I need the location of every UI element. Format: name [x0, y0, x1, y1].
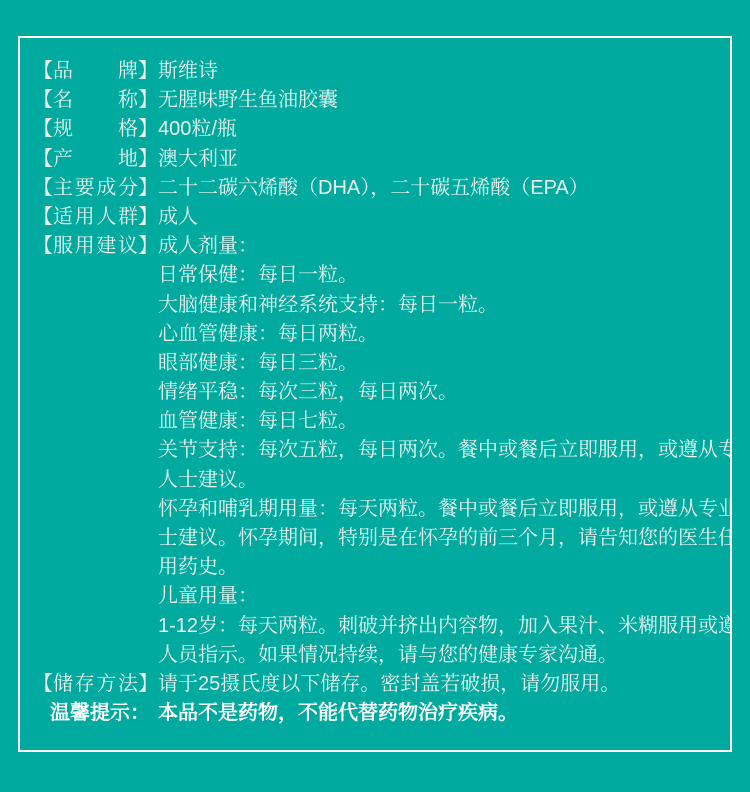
label-close-bracket: 】 — [138, 203, 158, 232]
field-value: 无腥味野生鱼油胶囊 — [158, 86, 338, 115]
info-row: 情绪平稳：每次三粒，每日两次。 — [20, 378, 730, 407]
product-info-panel: 【品牌】斯维诗【名称】无腥味野生鱼油胶囊【规格】400粒/瓶【产地】澳大利亚【主… — [0, 0, 750, 792]
label-spacer — [33, 407, 158, 436]
label-char: 分 — [118, 174, 138, 203]
label-close-bracket: 】 — [138, 670, 158, 699]
field-value: 二十二碳六烯酸（DHA），二十碳五烯酸（EPA） — [158, 174, 589, 203]
label-spacer — [33, 261, 158, 290]
info-row: 【名称】无腥味野生鱼油胶囊 — [20, 86, 730, 115]
label-close-bracket: 】 — [138, 57, 158, 86]
label-spacer — [33, 320, 158, 349]
label-chars: 产地 — [53, 145, 138, 174]
label-spacer — [33, 582, 158, 611]
label-char: 议 — [118, 232, 138, 261]
info-row: 【规格】400粒/瓶 — [20, 115, 730, 144]
field-label: 【规格】 — [33, 115, 158, 144]
info-row: 1-12岁：每天两粒。刺破并挤出内容物，加入果汁、米糊服用或遵专业 — [20, 612, 730, 641]
label-spacer — [33, 612, 158, 641]
label-char: 称 — [118, 86, 138, 115]
field-label: 【服用建议】 — [33, 232, 158, 261]
label-open-bracket: 【 — [33, 670, 53, 699]
info-row: 【品牌】斯维诗 — [20, 57, 730, 86]
label-chars: 规格 — [53, 115, 138, 144]
info-row: 【服用建议】成人剂量： — [20, 232, 730, 261]
field-value: 大脑健康和神经系统支持：每日一粒。 — [158, 291, 498, 320]
label-open-bracket: 【 — [33, 232, 53, 261]
label-close-bracket: 】 — [138, 232, 158, 261]
label-char: 名 — [53, 86, 73, 115]
label-chars: 主要成分 — [53, 174, 138, 203]
label-chars: 品牌 — [53, 57, 138, 86]
field-label: 【品牌】 — [33, 57, 158, 86]
label-chars: 服用建议 — [53, 232, 138, 261]
info-row: 日常保健：每日一粒。 — [20, 261, 730, 290]
info-row: 温馨提示：本品不是药物，不能代替药物治疗疾病。 — [20, 699, 730, 728]
label-open-bracket: 【 — [33, 115, 53, 144]
label-char: 法 — [118, 670, 138, 699]
field-value: 斯维诗 — [158, 57, 218, 86]
field-value: 士建议。怀孕期间，特别是在怀孕的前三个月，请告知您的医生任何 — [158, 524, 732, 553]
field-value: 1-12岁：每天两粒。刺破并挤出内容物，加入果汁、米糊服用或遵专业 — [158, 612, 732, 641]
info-row: 关节支持：每次五粒，每日两次。餐中或餐后立即服用，或遵从专业 — [20, 436, 730, 465]
info-row: 心血管健康：每日两粒。 — [20, 320, 730, 349]
label-open-bracket: 【 — [33, 86, 53, 115]
label-spacer — [33, 524, 158, 553]
label-spacer — [33, 378, 158, 407]
label-open-bracket: 【 — [33, 145, 53, 174]
field-value: 日常保健：每日一粒。 — [158, 261, 358, 290]
label-spacer — [33, 466, 158, 495]
label-char: 产 — [53, 145, 73, 174]
label-open-bracket: 【 — [33, 203, 53, 232]
label-close-bracket: 】 — [138, 174, 158, 203]
field-value: 人员指示。如果情况持续，请与您的健康专家沟通。 — [158, 641, 618, 670]
field-value: 请于25摄氏度以下储存。密封盖若破损，请勿服用。 — [158, 670, 620, 699]
field-value: 心血管健康：每日两粒。 — [158, 320, 378, 349]
label-spacer — [33, 291, 158, 320]
label-spacer — [33, 553, 158, 582]
field-value: 血管健康：每日七粒。 — [158, 407, 358, 436]
info-row: 【储存方法】请于25摄氏度以下储存。密封盖若破损，请勿服用。 — [20, 670, 730, 699]
label-spacer — [33, 436, 158, 465]
field-label: 【适用人群】 — [33, 203, 158, 232]
info-row: 大脑健康和神经系统支持：每日一粒。 — [20, 291, 730, 320]
tip-label: 温馨提示： — [50, 699, 158, 728]
field-value: 眼部健康：每日三粒。 — [158, 349, 358, 378]
label-char: 用 — [75, 203, 95, 232]
label-char: 群 — [118, 203, 138, 232]
field-value: 怀孕和哺乳期用量：每天两粒。餐中或餐后立即服用，或遵从专业人 — [158, 495, 732, 524]
field-value: 情绪平稳：每次三粒，每日两次。 — [158, 378, 458, 407]
label-char: 储 — [53, 670, 73, 699]
label-char: 用 — [75, 232, 95, 261]
label-close-bracket: 】 — [138, 86, 158, 115]
label-char: 存 — [75, 670, 95, 699]
label-chars: 适用人群 — [53, 203, 138, 232]
field-value: 用药史。 — [158, 553, 238, 582]
label-char: 规 — [53, 115, 73, 144]
info-row: 怀孕和哺乳期用量：每天两粒。餐中或餐后立即服用，或遵从专业人 — [20, 495, 730, 524]
label-close-bracket: 】 — [138, 145, 158, 174]
field-value: 关节支持：每次五粒，每日两次。餐中或餐后立即服用，或遵从专业 — [158, 436, 732, 465]
label-char: 人 — [96, 203, 116, 232]
field-value: 人士建议。 — [158, 466, 258, 495]
info-row: 人员指示。如果情况持续，请与您的健康专家沟通。 — [20, 641, 730, 670]
field-value: 400粒/瓶 — [158, 115, 237, 144]
label-chars: 名称 — [53, 86, 138, 115]
label-char: 品 — [53, 57, 73, 86]
field-value: 成人 — [158, 203, 198, 232]
label-char: 地 — [118, 145, 138, 174]
label-char: 成 — [96, 174, 116, 203]
info-frame: 【品牌】斯维诗【名称】无腥味野生鱼油胶囊【规格】400粒/瓶【产地】澳大利亚【主… — [18, 36, 732, 752]
info-row: 【适用人群】成人 — [20, 203, 730, 232]
info-row: 【产地】澳大利亚 — [20, 145, 730, 174]
label-chars: 储存方法 — [53, 670, 138, 699]
field-value: 澳大利亚 — [158, 145, 238, 174]
label-char: 要 — [75, 174, 95, 203]
field-value: 儿童用量： — [158, 582, 258, 611]
field-label: 【储存方法】 — [33, 670, 158, 699]
info-row: 士建议。怀孕期间，特别是在怀孕的前三个月，请告知您的医生任何 — [20, 524, 730, 553]
label-char: 建 — [96, 232, 116, 261]
label-char: 方 — [96, 670, 116, 699]
label-spacer — [33, 641, 158, 670]
label-char: 服 — [53, 232, 73, 261]
info-row: 眼部健康：每日三粒。 — [20, 349, 730, 378]
label-char: 牌 — [118, 57, 138, 86]
info-row: 儿童用量： — [20, 582, 730, 611]
label-close-bracket: 】 — [138, 115, 158, 144]
info-row: 人士建议。 — [20, 466, 730, 495]
field-label: 【产地】 — [33, 145, 158, 174]
label-char: 主 — [53, 174, 73, 203]
label-open-bracket: 【 — [33, 174, 53, 203]
field-value: 本品不是药物，不能代替药物治疗疾病。 — [158, 699, 518, 728]
label-open-bracket: 【 — [33, 57, 53, 86]
info-row: 血管健康：每日七粒。 — [20, 407, 730, 436]
info-rows: 【品牌】斯维诗【名称】无腥味野生鱼油胶囊【规格】400粒/瓶【产地】澳大利亚【主… — [20, 38, 730, 728]
field-label: 【主要成分】 — [33, 174, 158, 203]
field-value: 成人剂量： — [158, 232, 258, 261]
info-row: 【主要成分】二十二碳六烯酸（DHA），二十碳五烯酸（EPA） — [20, 174, 730, 203]
field-label: 【名称】 — [33, 86, 158, 115]
label-char: 格 — [118, 115, 138, 144]
info-row: 用药史。 — [20, 553, 730, 582]
label-char: 适 — [53, 203, 73, 232]
label-spacer — [33, 495, 158, 524]
label-spacer — [33, 349, 158, 378]
